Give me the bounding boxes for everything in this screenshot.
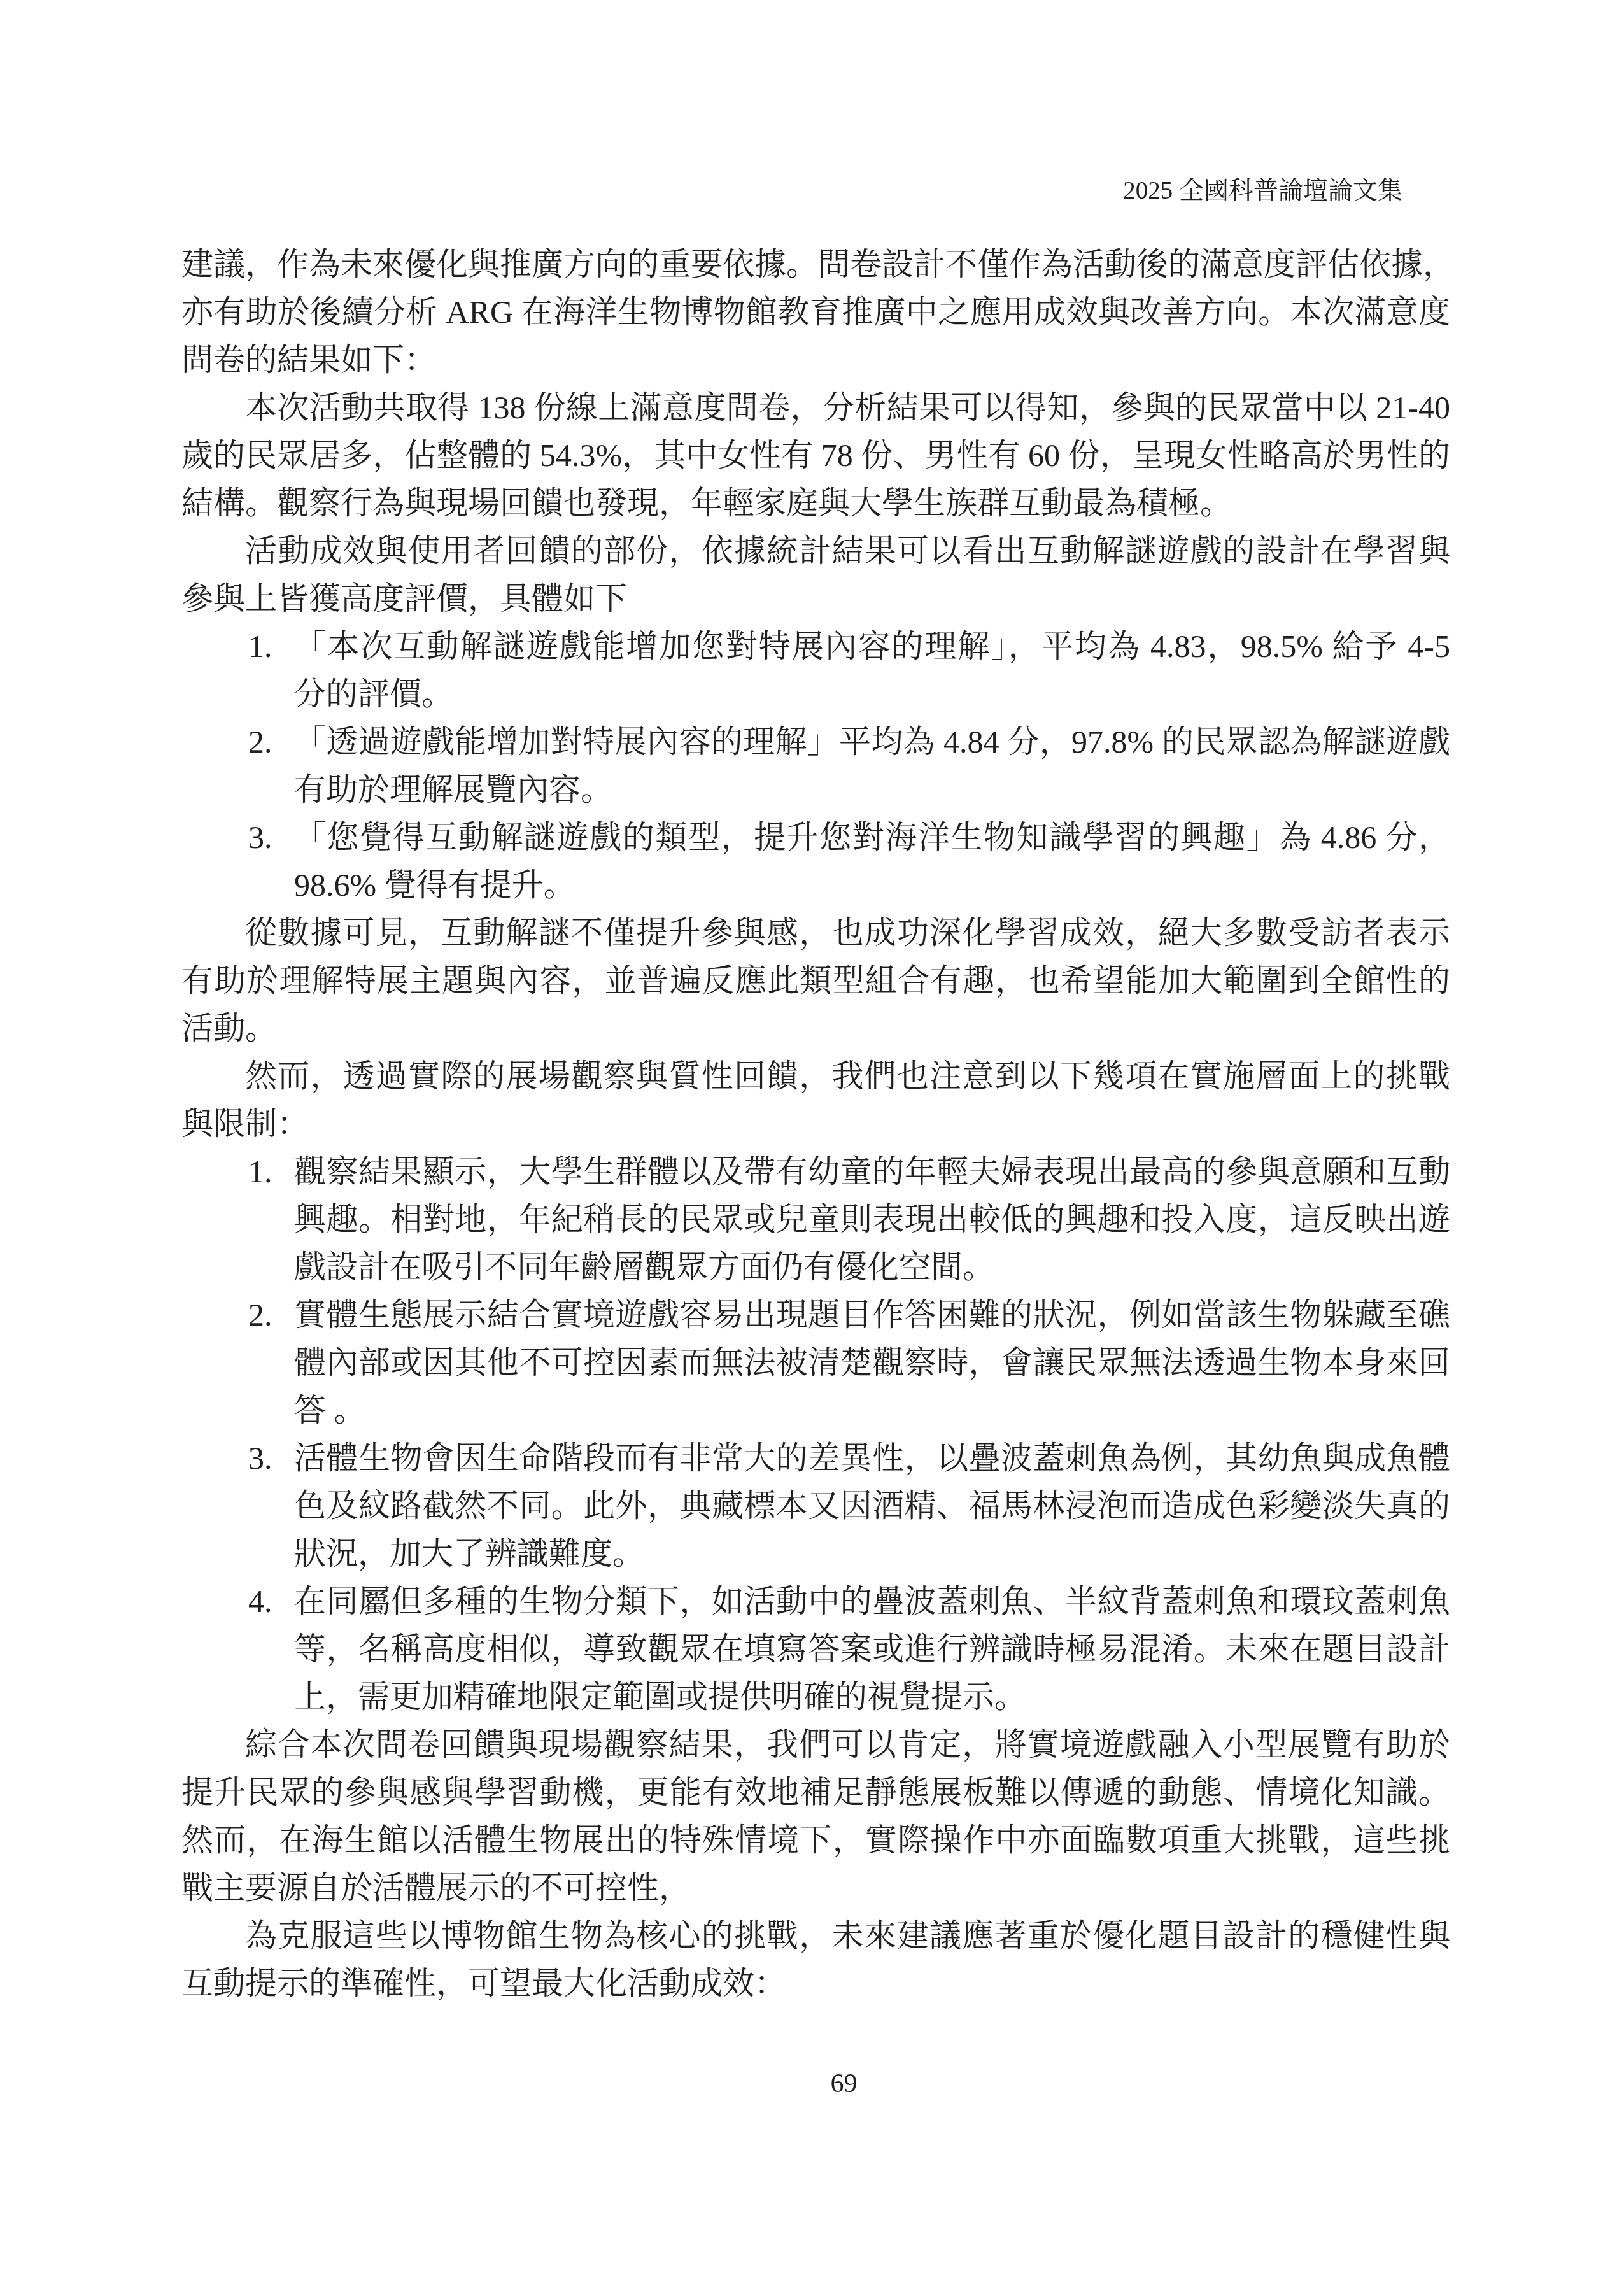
text-line: 興趣。相對地，年紀稍長的民眾或兒童則表現出較低的興趣和投入度，這反映出遊: [181, 1196, 1450, 1243]
list-item: 3. 活體生物會因生命階段而有非常大的差異性，以疊波蓋刺魚為例，其幼魚與成魚體 …: [181, 1434, 1450, 1578]
text-line: 互動提示的準確性，可望最大化活動成效：: [181, 1960, 1450, 2007]
paragraph: 為克服這些以博物館生物為核心的挑戰，未來建議應著重於優化題目設計的穩健性與 互動…: [181, 1912, 1450, 2007]
paragraph: 建議，作為未來優化與推廣方向的重要依據。問卷設計不僅作為活動後的滿意度評估依據，…: [181, 241, 1450, 384]
text-line: 觀察結果顯示，大學生群體以及帶有幼童的年輕夫婦表現出最高的參與意願和互動: [181, 1148, 1450, 1196]
list-marker: 1.: [248, 1148, 272, 1196]
text-line: 結構。觀察行為與現場回饋也發現，年輕家庭與大學生族群互動最為積極。: [181, 479, 1450, 527]
text-line: 歲的民眾居多，佔整體的 54.3%，其中女性有 78 份、男性有 60 份，呈現…: [181, 432, 1450, 479]
list-item: 2. 實體生態展示結合實境遊戲容易出現題目作答困難的狀況，例如當該生物躲藏至礁 …: [181, 1291, 1450, 1434]
text-line: 亦有助於後續分析 ARG 在海洋生物博物館教育推廣中之應用成效與改善方向。本次滿…: [181, 288, 1450, 336]
list-item: 2. 「透過遊戲能增加對特展內容的理解」平均為 4.84 分，97.8% 的民眾…: [181, 718, 1450, 814]
paragraph: 綜合本次問卷回饋與現場觀察結果，我們可以肯定，將實境遊戲融入小型展覽有助於 提升…: [181, 1721, 1450, 1912]
text-line: 活動成效與使用者回饋的部份，依據統計結果可以看出互動解謎遊戲的設計在學習與: [181, 527, 1450, 575]
list-marker: 4.: [248, 1578, 272, 1625]
body-text: 建議，作為未來優化與推廣方向的重要依據。問卷設計不僅作為活動後的滿意度評估依據，…: [181, 241, 1450, 2007]
text-line: 綜合本次問卷回饋與現場觀察結果，我們可以肯定，將實境遊戲融入小型展覽有助於: [181, 1721, 1450, 1769]
text-line: 有助於理解展覽內容。: [181, 766, 1450, 814]
text-line: 「本次互動解謎遊戲能增加您對特展內容的理解」，平均為 4.83，98.5% 給予…: [181, 623, 1450, 670]
text-line: 分的評價。: [181, 670, 1450, 718]
paragraph: 本次活動共取得 138 份線上滿意度問卷，分析結果可以得知，參與的民眾當中以 2…: [181, 384, 1450, 527]
paragraph: 從數據可見，互動解謎不僅提升參與感，也成功深化學習成效，絕大多數受訪者表示 有助…: [181, 909, 1450, 1052]
text-line: 狀況，加大了辨識難度。: [181, 1530, 1450, 1578]
text-line: 體內部或因其他不可控因素而無法被清楚觀察時，會讓民眾無法透過生物本身來回: [181, 1339, 1450, 1387]
text-line: 然而，透過實際的展場觀察與質性回饋，我們也注意到以下幾項在實施層面上的挑戰: [181, 1052, 1450, 1100]
text-line: 98.6% 覺得有提升。: [181, 861, 1450, 909]
text-line: 然而，在海生館以活體生物展出的特殊情境下，實際操作中亦面臨數項重大挑戰，這些挑: [181, 1816, 1450, 1864]
text-line: 建議，作為未來優化與推廣方向的重要依據。問卷設計不僅作為活動後的滿意度評估依據，: [181, 241, 1450, 288]
list-item: 1. 觀察結果顯示，大學生群體以及帶有幼童的年輕夫婦表現出最高的參與意願和互動 …: [181, 1148, 1450, 1291]
text-line: 活動。: [181, 1005, 1450, 1052]
text-line: 「透過遊戲能增加對特展內容的理解」平均為 4.84 分，97.8% 的民眾認為解…: [181, 718, 1450, 766]
text-line: 戰主要源自於活體展示的不可控性，: [181, 1864, 1450, 1912]
list-marker: 3.: [248, 1434, 272, 1482]
paragraph: 活動成效與使用者回饋的部份，依據統計結果可以看出互動解謎遊戲的設計在學習與 參與…: [181, 527, 1450, 623]
text-line: 與限制：: [181, 1100, 1450, 1148]
text-line: 上，需更加精確地限定範圍或提供明確的視覺提示。: [181, 1673, 1450, 1721]
text-line: 問卷的結果如下：: [181, 336, 1450, 384]
challenges-list: 1. 觀察結果顯示，大學生群體以及帶有幼童的年輕夫婦表現出最高的參與意願和互動 …: [181, 1148, 1450, 1721]
document-page: 2025 全國科普論壇論文集 建議，作為未來優化與推廣方向的重要依據。問卷設計不…: [0, 0, 1624, 2278]
text-line: 有助於理解特展主題與內容，並普遍反應此類型組合有趣，也希望能加大範圍到全館性的: [181, 957, 1450, 1005]
list-marker: 3.: [248, 814, 272, 861]
text-line: 實體生態展示結合實境遊戲容易出現題目作答困難的狀況，例如當該生物躲藏至礁: [181, 1291, 1450, 1339]
text-line: 戲設計在吸引不同年齡層觀眾方面仍有優化空間。: [181, 1243, 1450, 1291]
list-marker: 2.: [248, 1291, 272, 1339]
text-line: 從數據可見，互動解謎不僅提升參與感，也成功深化學習成效，絕大多數受訪者表示: [181, 909, 1450, 957]
text-line: 提升民眾的參與感與學習動機，更能有效地補足靜態展板難以傳遞的動態、情境化知識。: [181, 1769, 1450, 1816]
list-item: 1. 「本次互動解謎遊戲能增加您對特展內容的理解」，平均為 4.83，98.5%…: [181, 623, 1450, 718]
text-line: 本次活動共取得 138 份線上滿意度問卷，分析結果可以得知，參與的民眾當中以 2…: [181, 384, 1450, 432]
text-line: 等，名稱高度相似，導致觀眾在填寫答案或進行辨識時極易混淆。未來在題目設計: [181, 1625, 1450, 1673]
list-marker: 1.: [248, 623, 272, 670]
text-line: 色及紋路截然不同。此外，典藏標本又因酒精、福馬林浸泡而造成色彩變淡失真的: [181, 1482, 1450, 1530]
list-item: 4. 在同屬但多種的生物分類下，如活動中的疊波蓋刺魚、半紋背蓋刺魚和環玟蓋刺魚 …: [181, 1578, 1450, 1721]
text-line: 活體生物會因生命階段而有非常大的差異性，以疊波蓋刺魚為例，其幼魚與成魚體: [181, 1434, 1450, 1482]
list-marker: 2.: [248, 718, 272, 766]
text-line: 為克服這些以博物館生物為核心的挑戰，未來建議應著重於優化題目設計的穩健性與: [181, 1912, 1450, 1960]
text-line: 在同屬但多種的生物分類下，如活動中的疊波蓋刺魚、半紋背蓋刺魚和環玟蓋刺魚: [181, 1578, 1450, 1625]
text-line: 答 。: [181, 1387, 1450, 1434]
text-line: 參與上皆獲高度評價，具體如下: [181, 575, 1450, 623]
survey-results-list: 1. 「本次互動解謎遊戲能增加您對特展內容的理解」，平均為 4.83，98.5%…: [181, 623, 1450, 909]
paragraph: 然而，透過實際的展場觀察與質性回饋，我們也注意到以下幾項在實施層面上的挑戰 與限…: [181, 1052, 1450, 1148]
text-line: 「您覺得互動解謎遊戲的類型，提升您對海洋生物知識學習的興趣」為 4.86 分，: [181, 814, 1450, 861]
page-number: 69: [0, 2068, 1624, 2100]
running-header: 2025 全國科普論壇論文集: [1123, 176, 1402, 206]
list-item: 3. 「您覺得互動解謎遊戲的類型，提升您對海洋生物知識學習的興趣」為 4.86 …: [181, 814, 1450, 909]
